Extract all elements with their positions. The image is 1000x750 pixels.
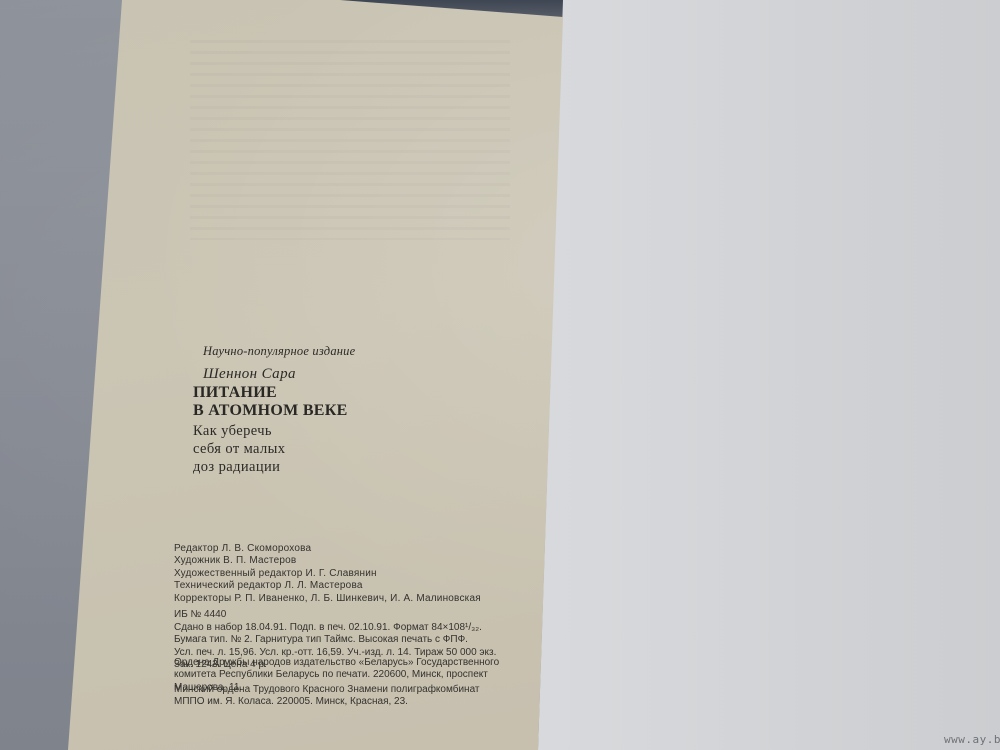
series-label: Научно-популярное издание xyxy=(203,344,355,359)
subtitle-line: доз радиации xyxy=(193,458,285,476)
title-line: ПИТАНИЕ xyxy=(193,384,348,402)
credit-line: Художественный редактор И. Г. Славянин xyxy=(174,568,481,580)
book-subtitle: Как уберечь себя от малых доз радиации xyxy=(193,422,285,476)
site-watermark: www.ay.by xyxy=(944,733,1000,746)
subtitle-line: Как уберечь xyxy=(193,422,285,440)
book-title: ПИТАНИЕ В АТОМНОМ ВЕКЕ xyxy=(193,384,348,420)
publisher-line: комитета Республики Беларусь по печати. … xyxy=(174,669,554,681)
credit-line: Корректоры Р. П. Иваненко, Л. Б. Шинкеви… xyxy=(174,593,481,605)
printer-line: Минский ордена Трудового Красного Знамен… xyxy=(174,684,554,696)
subtitle-line: себя от малых xyxy=(193,440,285,458)
ib-number: ИБ № 4440 xyxy=(174,609,226,620)
credit-line: Редактор Л. В. Скоморохова xyxy=(174,543,481,555)
author-name: Шеннон Сара xyxy=(203,366,296,383)
credits-list: Редактор Л. В. Скоморохова Художник В. П… xyxy=(174,543,481,605)
title-line: В АТОМНОМ ВЕКЕ xyxy=(193,402,348,420)
printer-line: МППО им. Я. Коласа. 220005. Минск, Красн… xyxy=(174,696,554,708)
imprint-line: Бумага тип. № 2. Гарнитура тип Таймс. Вы… xyxy=(174,634,554,646)
printer-info: Минский ордена Трудового Красного Знамен… xyxy=(174,684,554,709)
credit-line: Художник В. П. Мастеров xyxy=(174,555,481,567)
publisher-line: Ордена Дружбы народов издательство «Бела… xyxy=(174,657,554,669)
imprint-line: Сдано в набор 18.04.91. Подп. в печ. 02.… xyxy=(174,622,554,634)
credit-line: Технический редактор Л. Л. Мастерова xyxy=(174,580,481,592)
bleed-through-text xyxy=(190,40,510,240)
